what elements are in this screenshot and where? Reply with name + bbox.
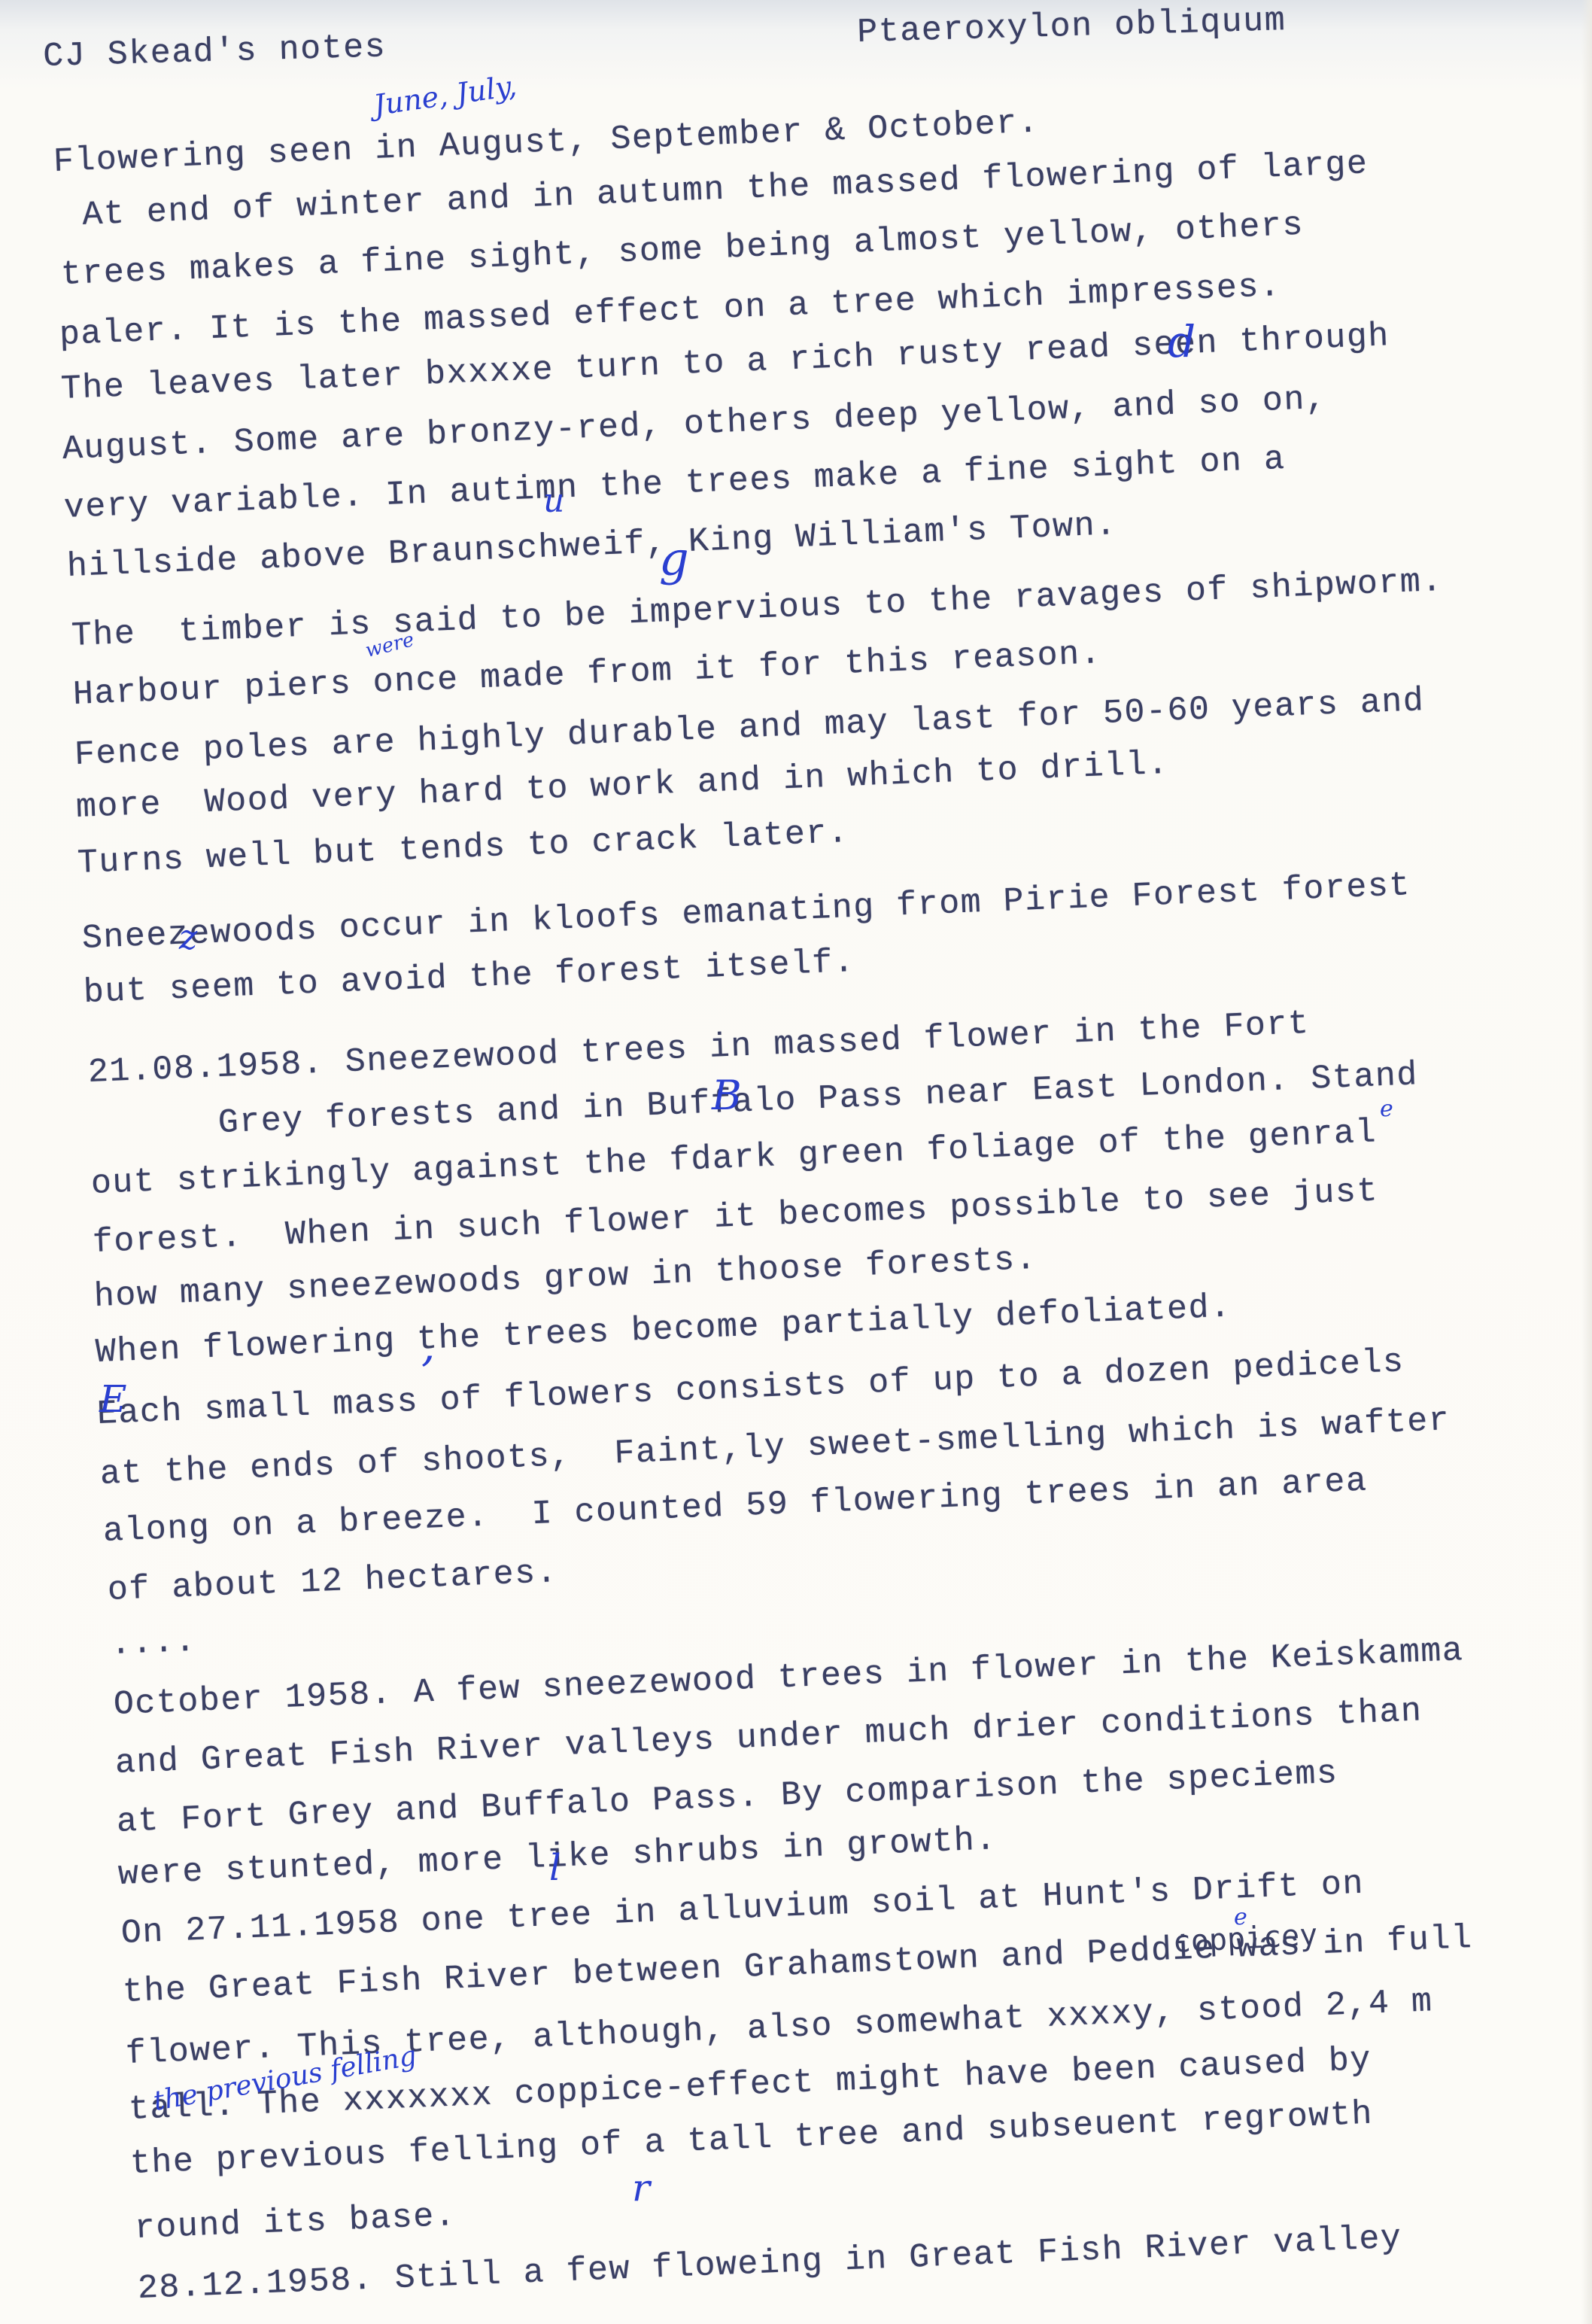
annotation-l: l — [549, 1847, 561, 1889]
annotation-r: r — [632, 2166, 650, 2210]
annotation-e: e — [1380, 1096, 1393, 1122]
annotation-d: d — [1168, 316, 1196, 367]
line-13: Turns well but tends to crack later. — [77, 814, 849, 883]
header-author: CJ Skead's notes — [43, 28, 387, 76]
annotation-z: z — [179, 917, 197, 957]
line-14: Sneezewoods occur in kloofs emanating fr… — [81, 866, 1411, 958]
annotation-u: u — [543, 482, 564, 520]
annotation-comma: , — [421, 1320, 435, 1371]
header-species: Ptaeroxylon obliquum — [857, 2, 1287, 52]
document-page: CJ Skead's notes Ptaeroxylon obliquum Ju… — [0, 0, 1592, 2324]
annotation-each-e: E — [99, 1377, 127, 1421]
annotation-june-july: June, July, — [372, 69, 518, 122]
line-25: of about 12 hectares. — [107, 1553, 558, 1610]
line-ellipsis: .... — [110, 1622, 197, 1664]
annotation-b: B — [712, 1072, 742, 1119]
line-35: round its base. — [134, 2197, 457, 2248]
annotation-g: g — [659, 531, 689, 586]
